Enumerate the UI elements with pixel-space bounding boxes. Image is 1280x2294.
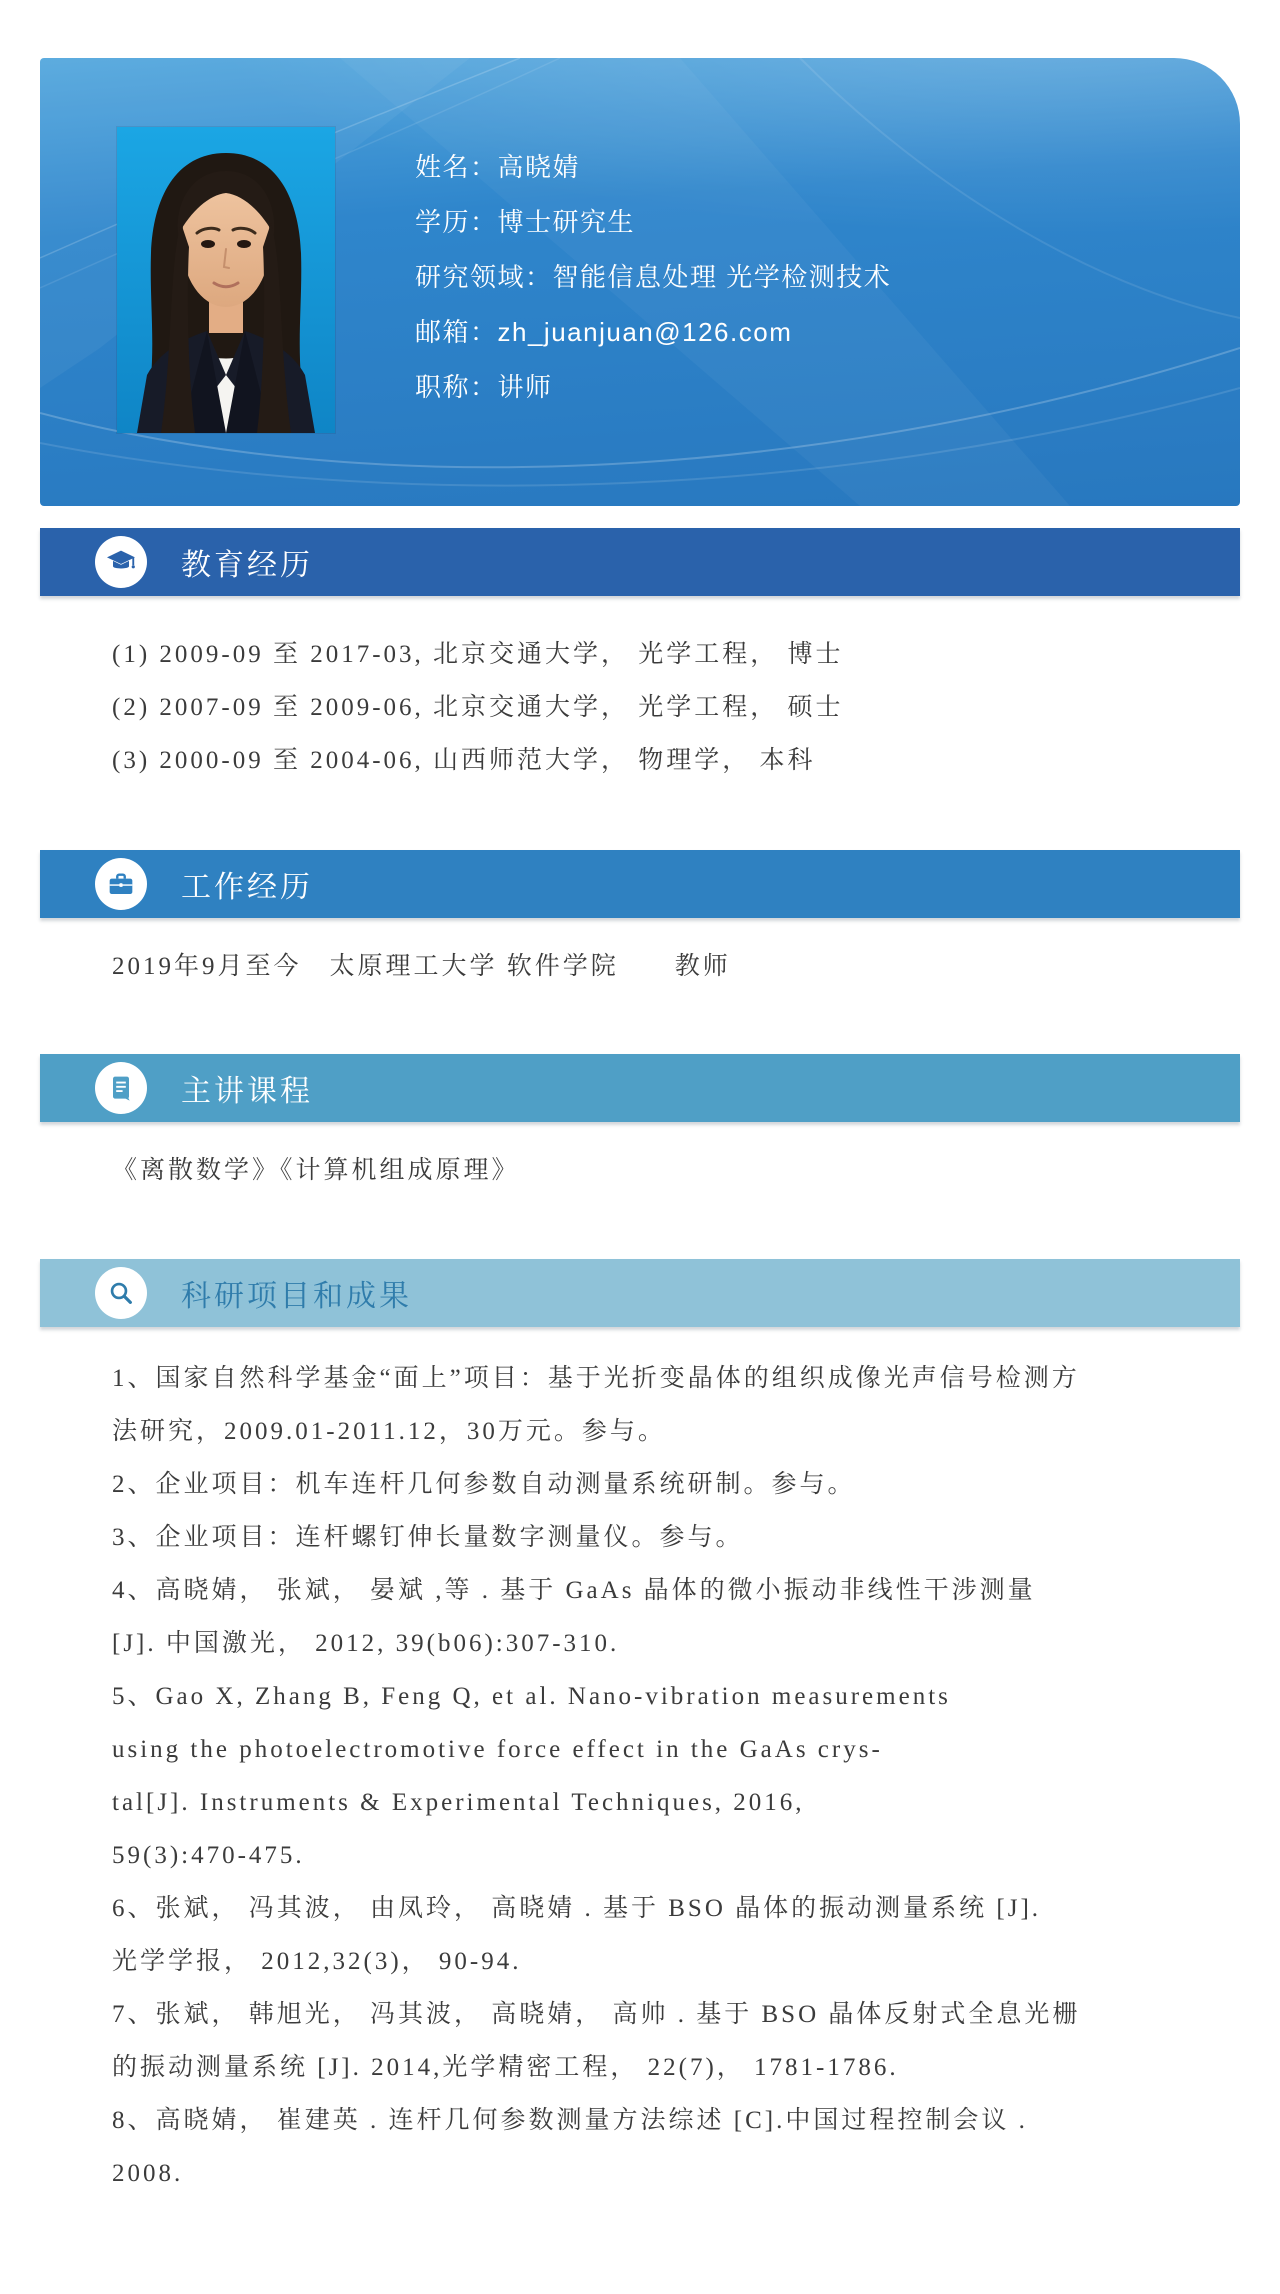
search-icon: [95, 1267, 147, 1319]
text-line: 4、高晓婧， 张斌， 晏斌 ,等 . 基于 GaAs 晶体的微小振动非线性干涉测…: [112, 1564, 1210, 1617]
section-header-courses: 主讲课程: [40, 1054, 1240, 1122]
section-title-education: 教育经历: [181, 540, 313, 584]
text-line: 1、国家自然科学基金“面上”项目：基于光折变晶体的组织成像光声信号检测方: [112, 1352, 1210, 1405]
text-line: tal[J]. Instruments & Experimental Techn…: [112, 1776, 1210, 1829]
section-header-education: 教育经历: [40, 528, 1240, 596]
section-title-research: 科研项目和成果: [181, 1271, 412, 1315]
text-line: 6、张斌， 冯其波， 由凤玲， 高晓婧 . 基于 BSO 晶体的振动测量系统 […: [112, 1882, 1210, 1935]
profile-photo: [117, 127, 335, 433]
faculty-profile-page: 姓名：高晓婧 学历：博士研究生 研究领域：智能信息处理 光学检测技术 邮箱：zh…: [0, 0, 1280, 2294]
text-line: 5、Gao X, Zhang B, Feng Q, et al. Nano-vi…: [112, 1670, 1210, 1723]
text-line: [J]. 中国激光， 2012, 39(b06):307-310.: [112, 1617, 1210, 1670]
text-line: 3、企业项目：连杆螺钉伸长量数字测量仪。参与。: [112, 1511, 1210, 1564]
text-line: 2、企业项目：机车连杆几何参数自动测量系统研制。参与。: [112, 1458, 1210, 1511]
text-line: 光学学报， 2012,32(3)， 90-94.: [112, 1935, 1210, 1988]
text-line: 2008.: [112, 2147, 1210, 2200]
text-line: 8、高晓婧， 崔建英 . 连杆几何参数测量方法综述 [C].中国过程控制会议 .: [112, 2094, 1210, 2147]
courses-list: 《离散数学》《计算机组成原理》: [40, 1122, 1240, 1197]
work-list: 2019年9月至今 太原理工大学 软件学院 教师: [40, 918, 1240, 993]
graduation-cap-icon: [95, 536, 147, 588]
info-line-job-title: 职称：讲师: [415, 360, 891, 415]
document-icon: [95, 1062, 147, 1114]
briefcase-icon: [95, 858, 147, 910]
research-list: 1、国家自然科学基金“面上”项目：基于光折变晶体的组织成像光声信号检测方法研究，…: [40, 1327, 1240, 2200]
profile-header-card: 姓名：高晓婧 学历：博士研究生 研究领域：智能信息处理 光学检测技术 邮箱：zh…: [40, 58, 1240, 506]
text-line: (3) 2000-09 至 2004-06, 山西师范大学， 物理学， 本科: [112, 734, 1210, 787]
education-list: (1) 2009-09 至 2017-03, 北京交通大学， 光学工程， 博士(…: [40, 596, 1240, 787]
info-line-degree: 学历：博士研究生: [415, 195, 891, 250]
text-line: (2) 2007-09 至 2009-06, 北京交通大学， 光学工程， 硕士: [112, 681, 1210, 734]
portrait-illustration: [117, 127, 335, 433]
text-line: 7、张斌， 韩旭光， 冯其波， 高晓婧， 高帅 . 基于 BSO 晶体反射式全息…: [112, 1988, 1210, 2041]
profile-info-list: 姓名：高晓婧 学历：博士研究生 研究领域：智能信息处理 光学检测技术 邮箱：zh…: [415, 140, 891, 415]
section-title-courses: 主讲课程: [181, 1066, 313, 1110]
text-line: 《离散数学》《计算机组成原理》: [112, 1144, 1210, 1197]
text-line: (1) 2009-09 至 2017-03, 北京交通大学， 光学工程， 博士: [112, 628, 1210, 681]
section-title-work: 工作经历: [181, 862, 313, 906]
info-line-name: 姓名：高晓婧: [415, 140, 891, 195]
text-line: 的振动测量系统 [J]. 2014,光学精密工程， 22(7)， 1781-17…: [112, 2041, 1210, 2094]
section-header-work: 工作经历: [40, 850, 1240, 918]
text-line: using the photoelectromotive force effec…: [112, 1723, 1210, 1776]
text-line: 法研究，2009.01-2011.12，30万元。参与。: [112, 1405, 1210, 1458]
text-line: 59(3):470-475.: [112, 1829, 1210, 1882]
text-line: 2019年9月至今 太原理工大学 软件学院 教师: [112, 940, 1210, 993]
info-line-research-fields: 研究领域：智能信息处理 光学检测技术: [415, 250, 891, 305]
info-line-email: 邮箱：zh_juanjuan@126.com: [415, 305, 891, 360]
section-header-research: 科研项目和成果: [40, 1259, 1240, 1327]
